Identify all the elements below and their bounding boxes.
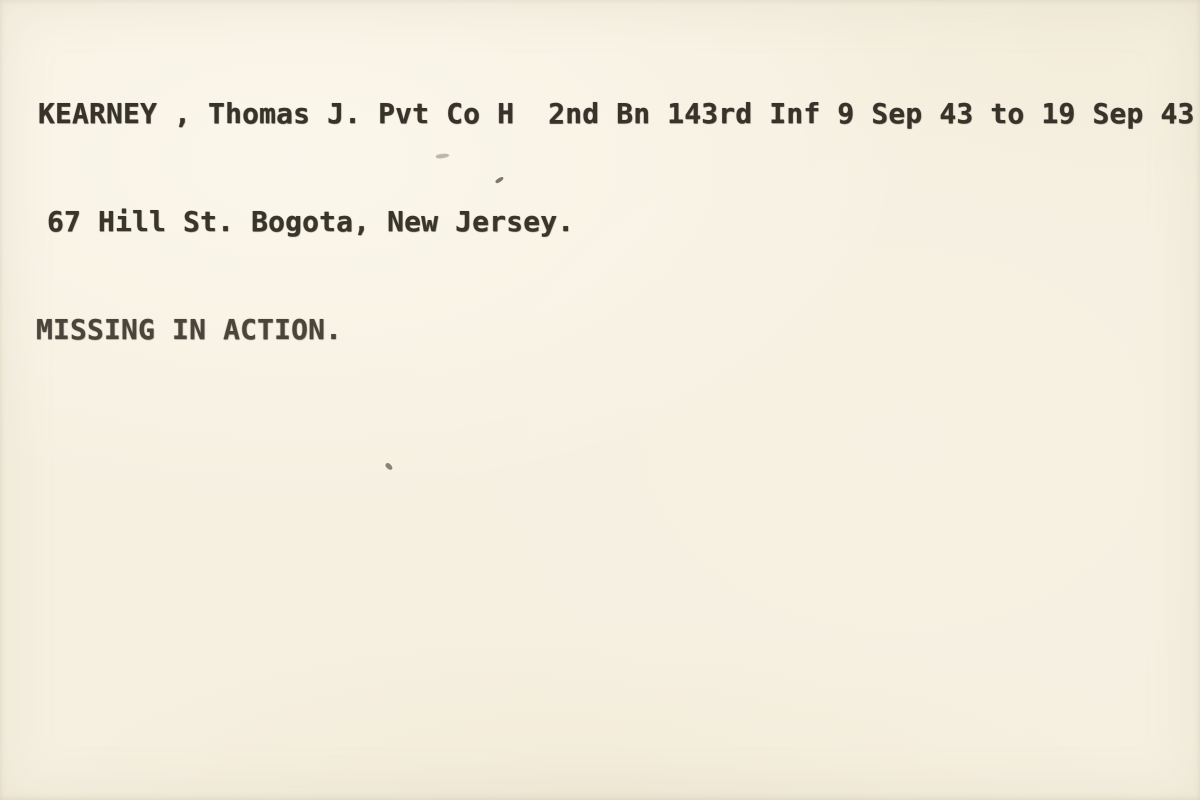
index-card: KEARNEY , Thomas J. Pvt Co H 2nd Bn 143r… <box>0 0 1200 800</box>
card-line-status: MISSING IN ACTION. <box>36 312 1195 348</box>
ink-speck <box>384 462 393 471</box>
card-line-address: 67 Hill St. Bogota, New Jersey. <box>47 204 1195 240</box>
card-line-name-unit-dates: KEARNEY , Thomas J. Pvt Co H 2nd Bn 143r… <box>38 96 1195 132</box>
typed-text-block: KEARNEY , Thomas J. Pvt Co H 2nd Bn 143r… <box>38 24 1195 420</box>
